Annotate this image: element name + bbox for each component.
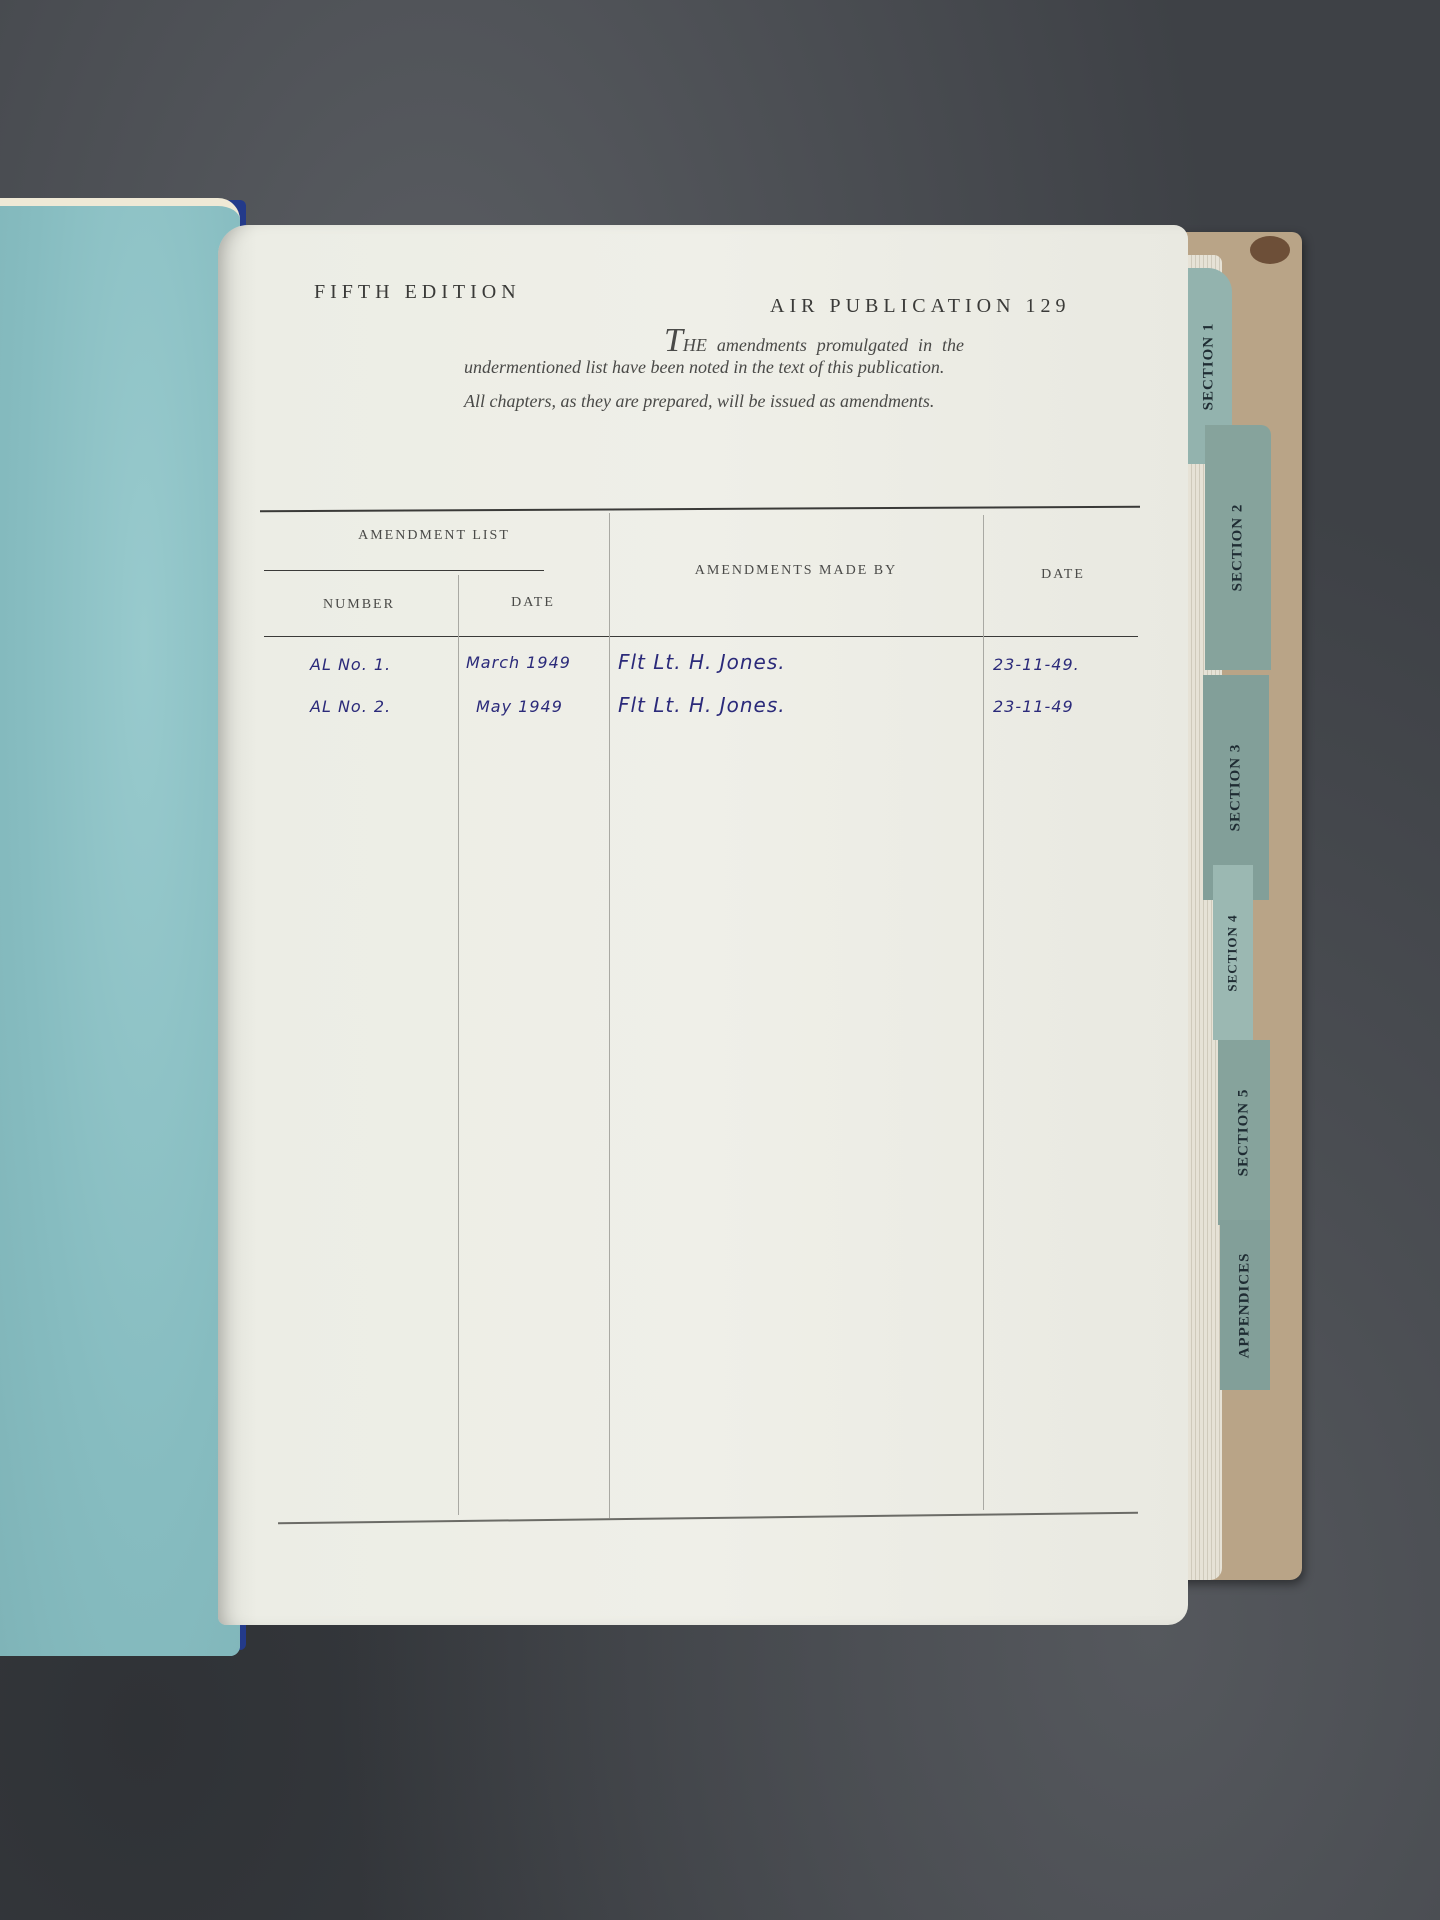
column-divider [983, 515, 984, 1510]
row-1-entry-date: 23-11-49. [993, 655, 1080, 674]
tab-section-5[interactable]: SECTION 5 [1218, 1040, 1270, 1225]
tab-section-2[interactable]: SECTION 2 [1205, 425, 1271, 670]
row-2-date: May 1949 [476, 697, 563, 716]
drop-cap: T [664, 322, 683, 359]
header-al-date: DATE [458, 595, 608, 611]
table-bottom-rule [278, 1512, 1138, 1525]
intro-paragraph-2: All chapters, as they are prepared, will… [464, 390, 964, 412]
intro-paragraph-1: HE amendments promulgated in the underme… [464, 335, 964, 377]
row-2-number: AL No. 2. [310, 697, 391, 716]
header-bottom-rule [264, 636, 1138, 637]
row-1-date: March 1949 [466, 653, 571, 672]
tab-section-4[interactable]: SECTION 4 [1213, 865, 1253, 1040]
header-made-by: AMENDMENTS MADE BY [609, 563, 983, 579]
group-header-rule [264, 570, 544, 571]
header-date: DATE [983, 567, 1143, 583]
row-2-made-by: Flt Lt. H. Jones. [618, 693, 786, 717]
row-1-made-by: Flt Lt. H. Jones. [618, 650, 786, 674]
edition-header: FIFTH EDITION [314, 281, 521, 304]
publication-header: AIR PUBLICATION 129 [770, 295, 1071, 318]
left-blue-page [0, 198, 240, 1656]
intro-text: THE amendments promulgated in the underm… [464, 330, 964, 424]
document-page: FIFTH EDITION AIR PUBLICATION 129 THE am… [218, 225, 1188, 1625]
tab-appendices[interactable]: APPENDICES [1220, 1220, 1270, 1390]
row-1-number: AL No. 1. [310, 655, 391, 674]
row-2-entry-date: 23-11-49 [993, 697, 1074, 716]
table-top-rule [260, 506, 1140, 513]
stain [1250, 236, 1290, 264]
header-amendment-list: AMENDMENT LIST [264, 528, 604, 544]
column-divider [609, 513, 610, 1518]
column-divider [458, 575, 459, 1515]
header-number: NUMBER [264, 597, 454, 613]
